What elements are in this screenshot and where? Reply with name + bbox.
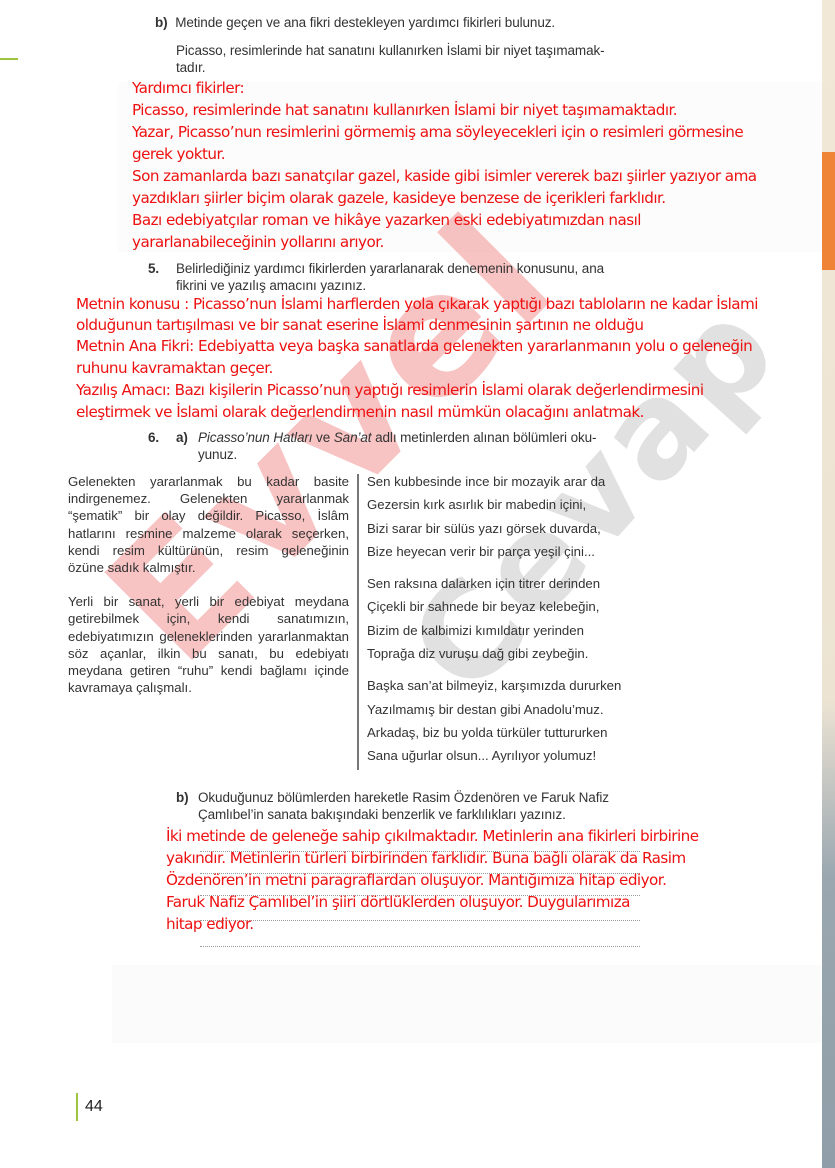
question-6b: b) Okuduğunuz bölümlerden hareketle Rasi… <box>176 789 676 823</box>
answer-line: olduğunun tartışılması ve bir sanat eser… <box>76 315 758 335</box>
poem-line: Yazılmamış bir destan gibi Anadolu’muz. <box>367 698 687 721</box>
answer-line: Yazılış Amacı: Bazı kişilerin Picasso’nu… <box>76 379 758 401</box>
question-marker: b) <box>155 15 168 30</box>
poem-stanza: Sen kubbesinde ince bir mozayik arar da … <box>367 470 687 563</box>
question-text: Metinde geçen ve ana fikri destekleyen y… <box>175 15 555 30</box>
answer-line: Yazar, Picasso’nun resimlerini görmemiş … <box>132 121 757 143</box>
poem-line: Bizi sarar bir sülüs yazı görsek duvarda… <box>367 517 687 540</box>
poem-stanza: Başka san’at bilmeyiz, karşımızda dururk… <box>367 674 687 767</box>
poem-line: Sen raksına dalarken için titrer derinde… <box>367 572 687 595</box>
question-5: 5. Belirlediğiniz yardımcı fikirlerden y… <box>148 260 678 294</box>
answer-line: gerek yoktur. <box>132 143 757 165</box>
poem-line: Arkadaş, biz bu yolda türküler tuttururk… <box>367 721 687 744</box>
excerpt-picassonun-hatlari: Gelenekten yararlanmak bu kadar basite i… <box>68 473 349 696</box>
poem-line: Başka san’at bilmeyiz, karşımızda dururk… <box>367 674 687 697</box>
answer-line: Faruk Nafiz Çamlıbel’in şiiri dörtlükler… <box>166 891 699 913</box>
question-6a: 6. a) Picasso’nun Hatları ve San’at adlı… <box>148 429 678 463</box>
answer-supporting-ideas: Yardımcı fikirler: Picasso, resimlerinde… <box>132 77 757 253</box>
question-number: 5. <box>148 260 159 277</box>
page-number: 44 <box>85 1098 103 1116</box>
poem-line: Sana uğurlar olsun... Ayrılıyor yolumuz! <box>367 744 687 767</box>
answer-line: yazdıkları şiirler biçim olarak gazele, … <box>132 187 757 209</box>
excerpt-paragraph: Gelenekten yararlanmak bu kadar basite i… <box>68 473 349 576</box>
question-marker: b) <box>176 789 189 806</box>
answer-line: Bazı edebiyatçılar roman ve hikâye yazar… <box>132 209 757 231</box>
answer-line: eleştirmek ve İslami olarak değerlendirm… <box>76 401 758 423</box>
excerpt-paragraph: Yerli bir sanat, yerli bir edebiyat meyd… <box>68 593 349 696</box>
poem-sanat: Sen kubbesinde ince bir mozayik arar da … <box>367 470 687 768</box>
green-margin-rule <box>0 58 18 60</box>
answer-topic-main-idea-purpose: Metnin konusu : Picasso’nun İslami harfl… <box>76 293 758 423</box>
answer-line: Yardımcı fikirler: <box>132 77 757 99</box>
answer-line-guide <box>200 946 640 947</box>
answer-line: İki metinde de geleneğe sahip çıkılmakta… <box>166 825 699 847</box>
poem-line: Bizim de kalbimizi kımıldatır yerinden <box>367 619 687 642</box>
poem-line: Gezersin kırk asırlık bir mabedin içini, <box>367 493 687 516</box>
poem-stanza: Sen raksına dalarken için titrer derinde… <box>367 572 687 665</box>
answer-line: yararlanabileceğinin yollarını arıyor. <box>132 231 757 253</box>
answer-line: Metnin Ana Fikri: Edebiyatta veya başka … <box>76 335 758 357</box>
answer-line: hitap ediyor. <box>166 913 699 935</box>
answer-line: Son zamanlarda bazı sanatçılar gazel, ka… <box>132 165 757 187</box>
work-title-1: Picasso’nun Hatları <box>198 430 312 445</box>
poem-line: Çiçekli bir sahnede bir beyaz kelebeğin, <box>367 595 687 618</box>
sample-answer: Picasso, resimlerinde hat sanatını kulla… <box>176 42 676 76</box>
answer-line: Özdenören’in metni paragraflardan oluşuy… <box>166 869 699 891</box>
answer-line: Metnin konusu : Picasso’nun İslami harfl… <box>76 293 758 315</box>
column-divider <box>357 474 359 770</box>
question-marker: a) <box>176 429 188 446</box>
poem-line: Bize heyecan verir bir parça yeşil çini.… <box>367 540 687 563</box>
poem-line: Sen kubbesinde ince bir mozayik arar da <box>367 470 687 493</box>
page-number-rule <box>76 1093 78 1121</box>
poem-line: Toprağa diz vuruşu dağ gibi zeybeğin. <box>367 642 687 665</box>
answer-comparison: İki metinde de geleneğe sahip çıkılmakta… <box>166 825 699 935</box>
orange-side-tab <box>822 152 835 270</box>
work-title-2: San’at <box>334 430 372 445</box>
bottom-blank-area <box>112 965 822 1043</box>
question-b1: b) Metinde geçen ve ana fikri destekleye… <box>155 14 675 31</box>
answer-line: Picasso, resimlerinde hat sanatını kulla… <box>132 99 757 121</box>
answer-line: ruhunu kavramaktan geçer. <box>76 357 758 379</box>
answer-line: yakındır. Metinlerin türleri birbirinden… <box>166 847 699 869</box>
question-number: 6. <box>148 429 159 446</box>
